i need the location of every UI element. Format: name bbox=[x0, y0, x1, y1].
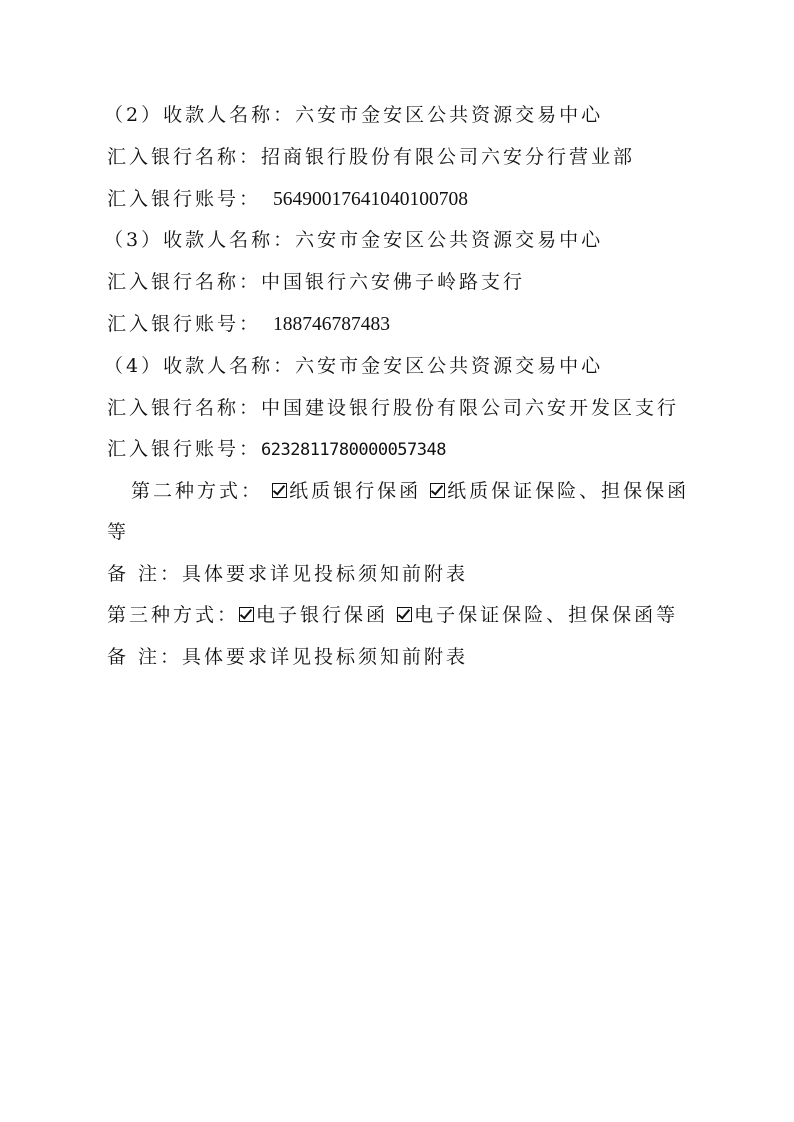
account-label: 汇入银行账号： bbox=[107, 313, 261, 335]
account-label: 汇入银行账号： bbox=[107, 188, 261, 210]
method-3-option-1: 电子银行保函 bbox=[256, 604, 388, 626]
method-3-option-2: 电子保证保险、担保保函等 bbox=[414, 604, 678, 626]
checkbox-checked-icon[interactable] bbox=[272, 483, 287, 498]
account-number: 56490017641040100708 bbox=[273, 189, 468, 210]
bank-name-value: 中国建设银行股份有限公司六安开发区支行 bbox=[261, 397, 679, 419]
payee-2-bank-line: 汇入银行名称：招商银行股份有限公司六安分行营业部 bbox=[107, 145, 635, 169]
payee-3-bank-line: 汇入银行名称：中国银行六安佛子岭路支行 bbox=[107, 270, 525, 294]
bank-name-label: 汇入银行名称： bbox=[107, 271, 261, 293]
payee-3-account-line: 汇入银行账号：188746787483 bbox=[107, 312, 390, 337]
checkbox-checked-icon[interactable] bbox=[239, 607, 254, 622]
account-number: 188746787483 bbox=[273, 314, 390, 335]
method-2-wrap-line: 等 bbox=[107, 520, 129, 544]
account-label: 汇入银行账号： bbox=[107, 438, 261, 460]
document-page: （2）收款人名称：六安市金安区公共资源交易中心 汇入银行名称：招商银行股份有限公… bbox=[0, 0, 794, 1122]
note-2: 备 注：具体要求详见投标须知前附表 bbox=[107, 645, 468, 669]
payee-4-account-line: 汇入银行账号：6232811780000057348 bbox=[107, 437, 446, 462]
method-2-option-2: 纸质保证保险、担保保函 bbox=[447, 480, 689, 502]
method-3-label: 第三种方式： bbox=[107, 604, 239, 626]
bank-name-label: 汇入银行名称： bbox=[107, 146, 261, 168]
payee-4-line: （4）收款人名称：六安市金安区公共资源交易中心 bbox=[104, 354, 603, 378]
checkbox-checked-icon[interactable] bbox=[397, 607, 412, 622]
method-2-option-1: 纸质银行保函 bbox=[289, 480, 421, 502]
payee-4-bank-line: 汇入银行名称：中国建设银行股份有限公司六安开发区支行 bbox=[107, 396, 679, 420]
checkbox-checked-icon[interactable] bbox=[430, 483, 445, 498]
payee-2-account-line: 汇入银行账号：56490017641040100708 bbox=[107, 187, 468, 212]
method-3-line: 第三种方式：电子银行保函 电子保证保险、担保保函等 bbox=[107, 603, 678, 627]
bank-name-value: 招商银行股份有限公司六安分行营业部 bbox=[261, 146, 635, 168]
method-2-label: 第二种方式： bbox=[131, 480, 263, 502]
payee-2-line: （2）收款人名称：六安市金安区公共资源交易中心 bbox=[104, 103, 603, 127]
bank-name-value: 中国银行六安佛子岭路支行 bbox=[261, 271, 525, 293]
bank-name-label: 汇入银行名称： bbox=[107, 397, 261, 419]
payee-3-line: （3）收款人名称：六安市金安区公共资源交易中心 bbox=[104, 228, 603, 252]
note-1: 备 注：具体要求详见投标须知前附表 bbox=[107, 562, 468, 586]
account-number: 6232811780000057348 bbox=[261, 440, 446, 460]
method-2-line: 第二种方式： 纸质银行保函 纸质保证保险、担保保函 bbox=[131, 479, 689, 503]
